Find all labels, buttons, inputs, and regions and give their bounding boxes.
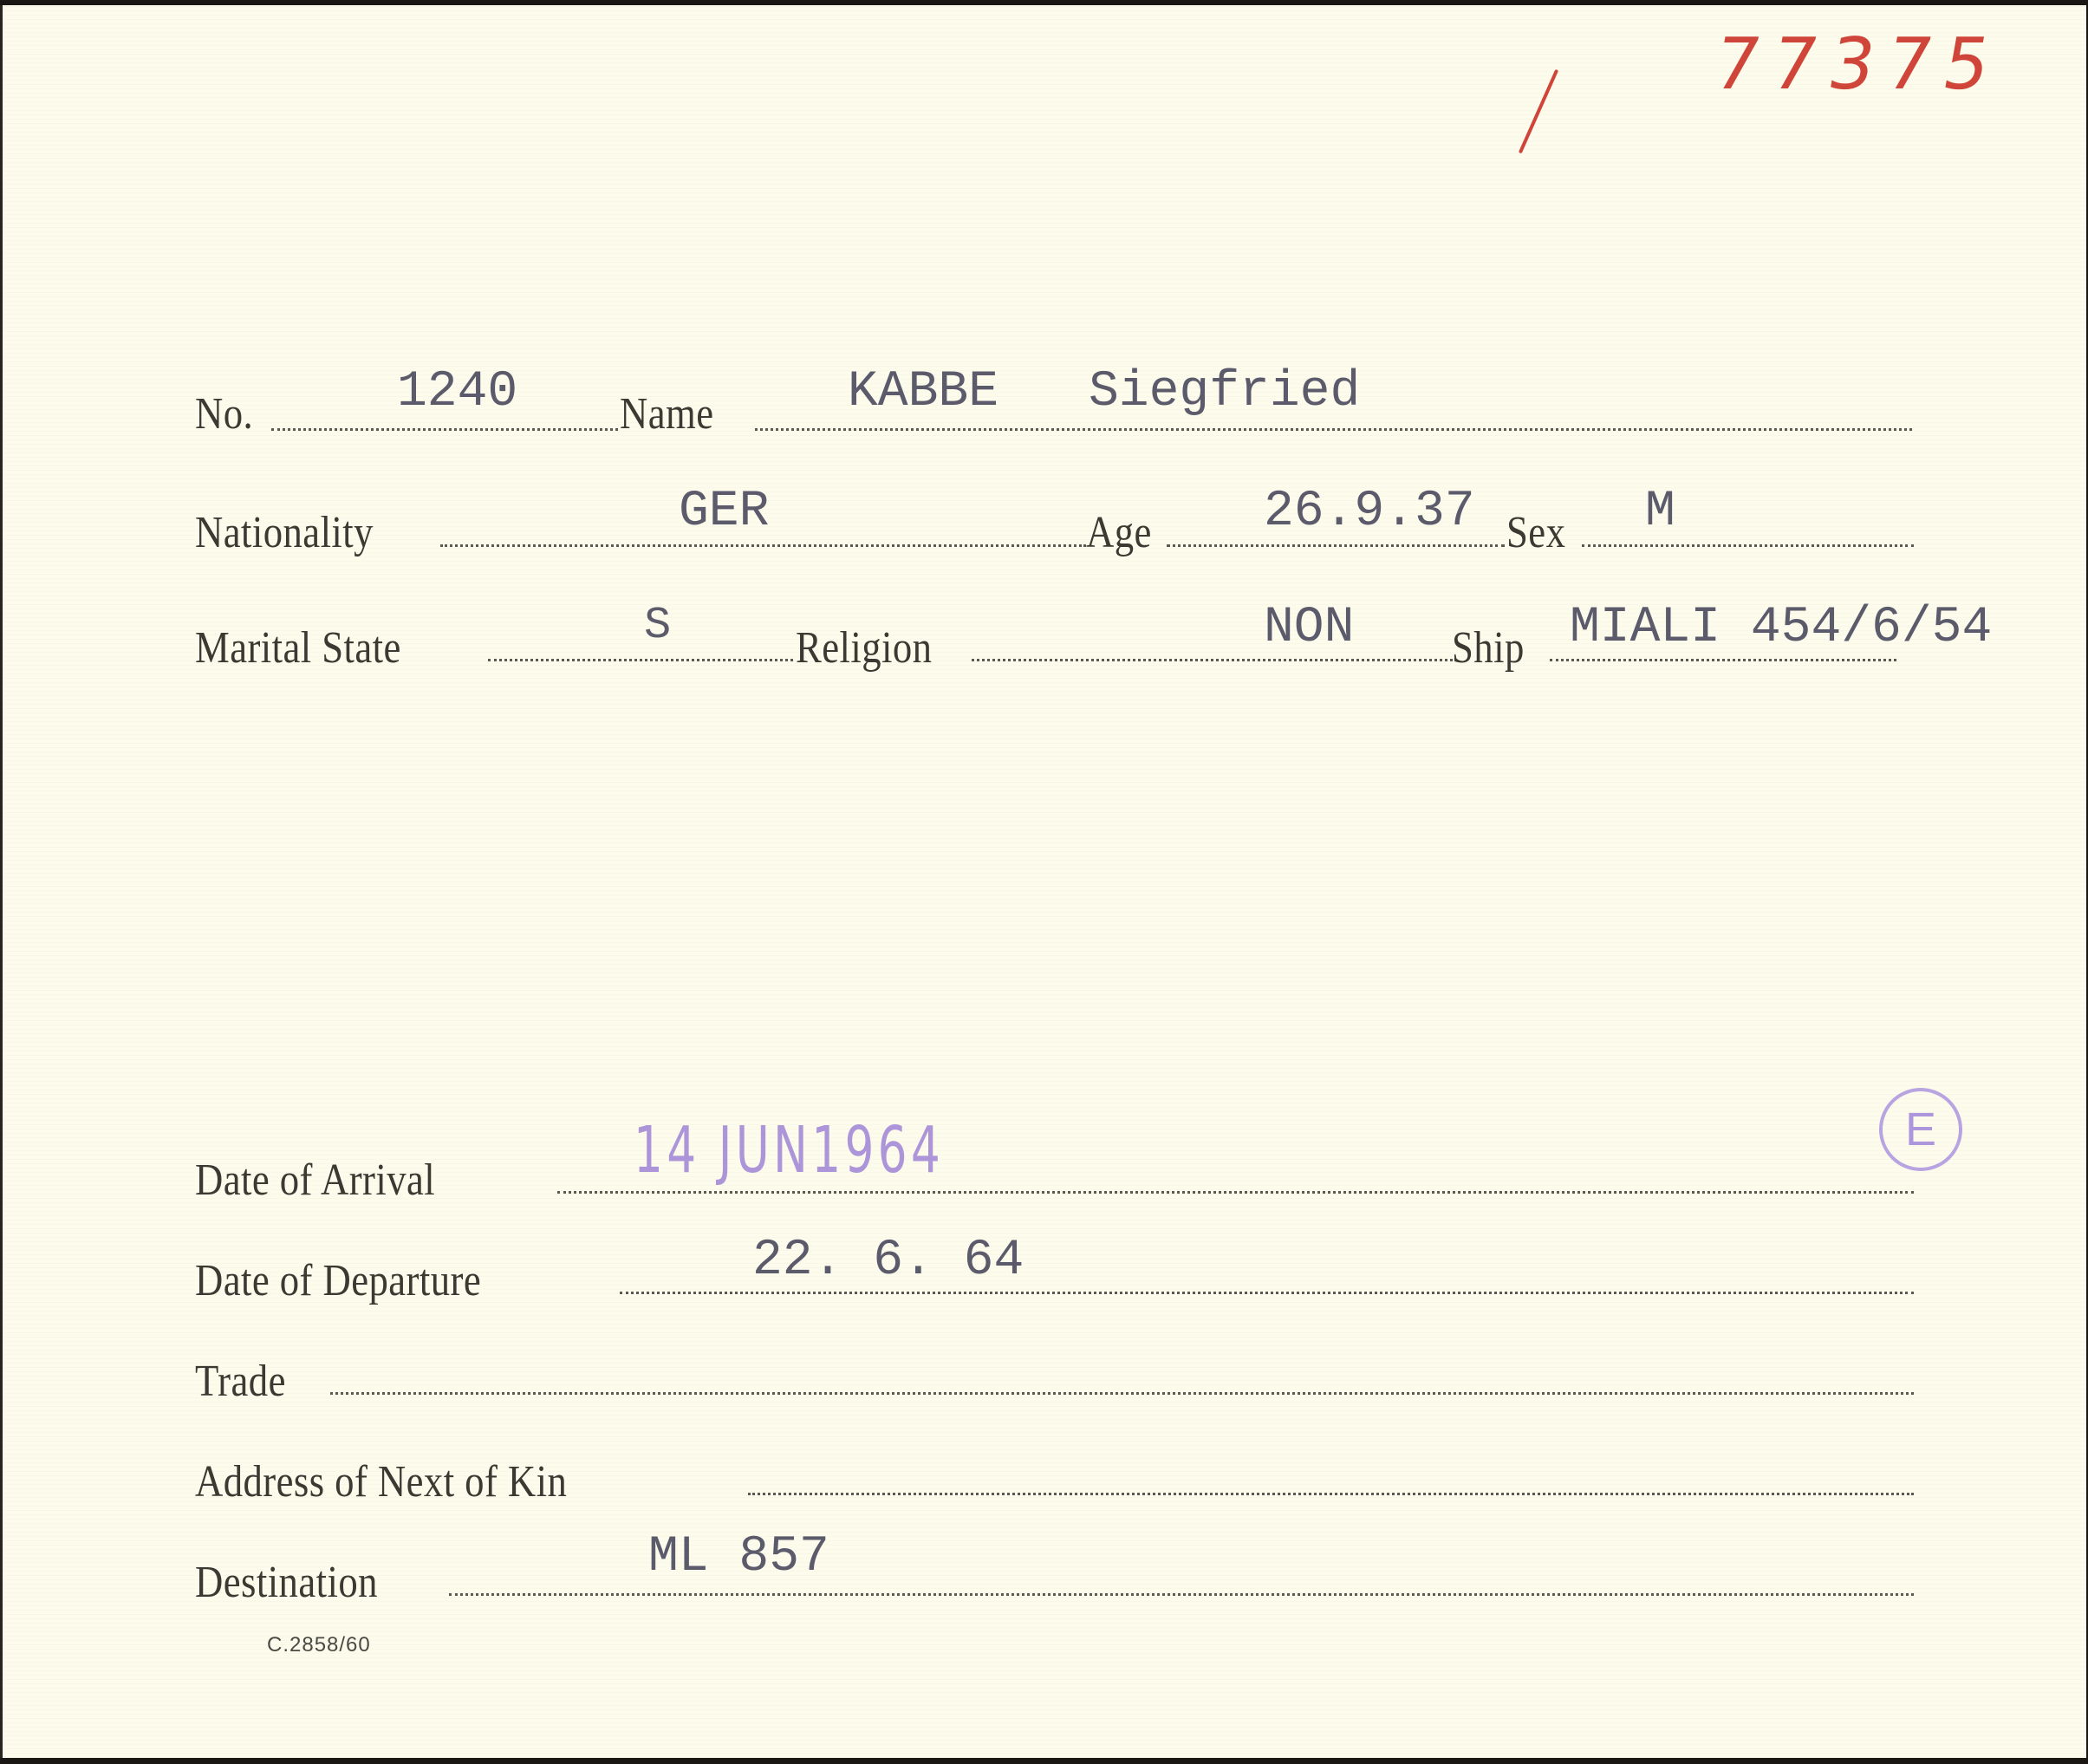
age-dotted-line xyxy=(1167,544,1505,547)
form-code: C.2858/60 xyxy=(267,1633,371,1657)
age-label: Age xyxy=(1086,511,1152,556)
date-of-arrival-label: Date of Arrival xyxy=(195,1158,435,1203)
marital-state-label: Marital State xyxy=(195,626,401,671)
registration-card: 77375 No. 1240 Name KABBE Siegfried Nati… xyxy=(0,5,2086,1758)
date-of-arrival-dotted-line xyxy=(557,1191,1914,1194)
name-label: Name xyxy=(620,392,714,437)
religion-label: Religion xyxy=(796,626,932,671)
sex-label: Sex xyxy=(1506,511,1565,556)
name-dotted-line xyxy=(755,428,1912,431)
nationality-label: Nationality xyxy=(195,511,374,556)
no-dotted-line xyxy=(271,428,618,431)
ship-dotted-line xyxy=(1550,659,1896,661)
marital-state-value: S xyxy=(644,603,671,648)
no-value: 1240 xyxy=(397,368,517,418)
religion-value: NON xyxy=(1264,603,1354,654)
date-of-departure-dotted-line xyxy=(620,1292,1914,1294)
trade-dotted-line xyxy=(330,1392,1914,1395)
religion-dotted-line xyxy=(972,659,1453,661)
age-value: 26.9.37 xyxy=(1264,487,1475,537)
nationality-dotted-line xyxy=(440,544,1086,547)
no-label: No. xyxy=(195,392,253,437)
marital-state-dotted-line xyxy=(488,659,793,661)
ship-value: MIALI 454/6/54 xyxy=(1570,603,1992,654)
arrival-date-stamp: 14 JUN1964 xyxy=(634,1118,944,1182)
destination-dotted-line xyxy=(449,1593,1914,1596)
circle-e-stamp: E xyxy=(1879,1088,1962,1171)
reference-number: 77375 xyxy=(1708,29,2007,101)
trade-label: Trade xyxy=(195,1359,286,1404)
address-next-of-kin-label: Address of Next of Kin xyxy=(195,1460,567,1505)
address-next-of-kin-dotted-line xyxy=(748,1493,1914,1495)
name-given-value: Siegfried xyxy=(1089,368,1360,418)
red-slash-mark xyxy=(1519,69,1558,154)
date-of-departure-value: 22. 6. 64 xyxy=(752,1236,1024,1286)
destination-label: Destination xyxy=(195,1560,378,1605)
destination-value: ML 857 xyxy=(648,1533,829,1583)
ship-label: Ship xyxy=(1452,626,1525,671)
name-surname-value: KABBE xyxy=(848,368,998,418)
nationality-value: GER xyxy=(679,487,769,537)
sex-value: M xyxy=(1645,487,1675,537)
sex-dotted-line xyxy=(1582,544,1914,547)
date-of-departure-label: Date of Departure xyxy=(195,1259,481,1304)
